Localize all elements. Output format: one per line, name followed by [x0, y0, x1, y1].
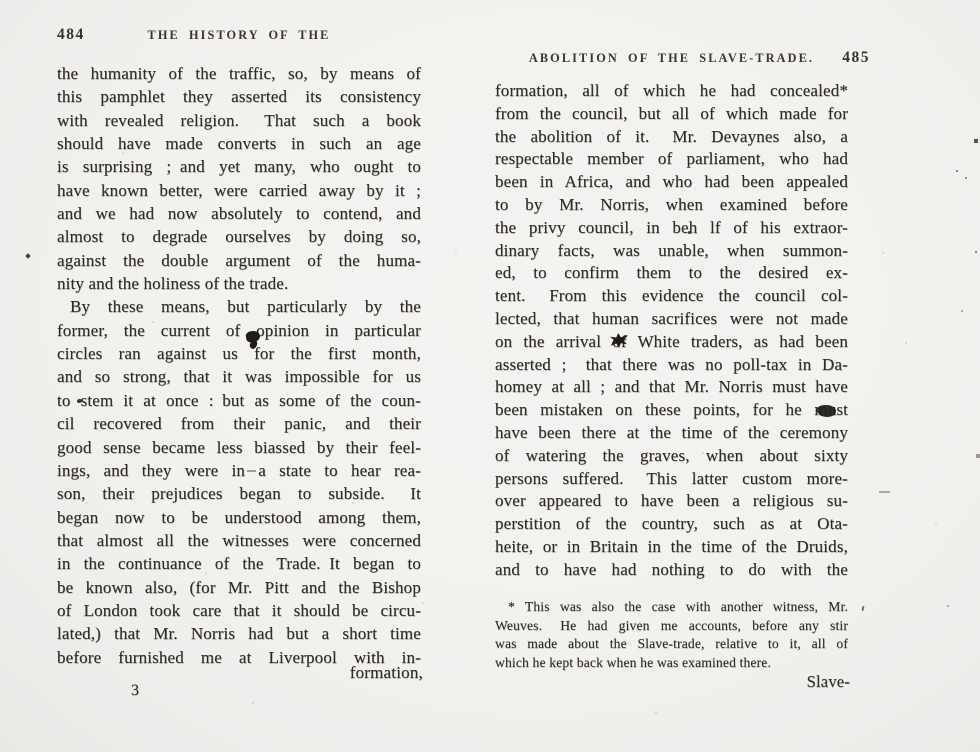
right-page-body-text: formation, all of which he had concealed… [495, 80, 848, 582]
text-line: respectable member of parliament, who ha… [495, 148, 848, 171]
text-line: Weuves. He had given me accounts, before… [495, 617, 848, 636]
ink-speck [862, 606, 865, 611]
text-line: the humanity of the traffic, so, by mean… [57, 62, 421, 85]
text-line: * This was also the case with another wi… [495, 598, 848, 617]
text-line: have known better, were carried away by … [57, 179, 421, 202]
text-line: lated,) that Mr. Norris had but a short … [57, 622, 421, 645]
text-line: and to have had nothing to do with the [495, 559, 848, 582]
right-running-title: ABOLITION OF THE SLAVE-TRADE. [529, 51, 814, 66]
stray-mark [879, 491, 890, 493]
text-line: be known also, (for Mr. Pitt and the Bis… [57, 576, 421, 599]
text-line: almost to degrade ourselves by doing so, [57, 225, 421, 248]
left-running-title: THE HISTORY OF THE [148, 28, 331, 43]
ink-blot [817, 405, 836, 417]
text-line: began now to be understood among them, [57, 506, 421, 529]
book-scan: 484 THE HISTORY OF THE the humanity of t… [0, 0, 980, 752]
signature-mark: 3 [131, 682, 139, 700]
text-line: against the double argument of the huma- [57, 249, 421, 272]
text-line: with revealed religion. That such a book [57, 109, 421, 132]
footnote: * This was also the case with another wi… [495, 598, 848, 672]
text-line: from the council, but all of which made … [495, 103, 848, 126]
text-line: tent. From this evidence the council col… [495, 285, 848, 308]
left-page-catchword: formation, [350, 663, 423, 683]
left-page-body-text: the humanity of the traffic, so, by mean… [57, 62, 421, 669]
right-page-number: 485 [842, 49, 870, 67]
text-line: that almost all the witnesses were conce… [57, 529, 421, 552]
text-line: and so strong, that it was impossible fo… [57, 365, 421, 388]
text-line: ings, and they were in a state to hear r… [57, 459, 421, 482]
text-line: perstition of the country, such as at Ot… [495, 513, 848, 536]
text-line: cil recovered from their panic, and thei… [57, 412, 421, 435]
right-page-catchword: Slave- [807, 672, 850, 692]
text-line: homey at all ; and that Mr. Norris must … [495, 376, 848, 399]
text-line: son, their prejudices began to subside. … [57, 482, 421, 505]
text-line: of watering the graves, when about sixty [495, 445, 848, 468]
left-page-header: 484 THE HISTORY OF THE [57, 26, 421, 44]
text-line: been in Africa, and who had been appeale… [495, 171, 848, 194]
text-line: of London took care that it should be ci… [57, 599, 421, 622]
text-line: asserted ; that there was no poll-tax in… [495, 354, 848, 377]
text-line: have been there at the time of the cerem… [495, 422, 848, 445]
text-line: lected, that human sacrifices were not m… [495, 308, 848, 331]
text-line: should have made converts in such an age [57, 132, 421, 155]
margin-mark [25, 253, 31, 259]
text-line: was made about the Slave-trade, relative… [495, 635, 848, 654]
text-line: the privy council, in beh lf of his extr… [495, 217, 848, 240]
text-line: to stem it at once : but as some of the … [57, 389, 421, 412]
text-line: is surprising ; and yet many, who ought … [57, 155, 421, 178]
right-page-header: ABOLITION OF THE SLAVE-TRADE. 485 [495, 49, 848, 67]
left-page: 484 THE HISTORY OF THE the humanity of t… [57, 0, 421, 752]
text-line: circles ran against us for the first mon… [57, 342, 421, 365]
text-line: By these means, but particularly by the [57, 295, 421, 318]
text-line: dinary facts, was unable, when summon- [495, 240, 848, 263]
text-line: on the arrival of White traders, as had … [495, 331, 848, 354]
text-line: good sense became less biassed by their … [57, 436, 421, 459]
text-line: been mistaken on these points, for he mu… [495, 399, 848, 422]
text-line: which he kept back when he was examined … [495, 654, 848, 673]
text-line: and we had now absolutely to contend, an… [57, 202, 421, 225]
ink-speck [688, 231, 691, 234]
scan-edge-marks [0, 0, 2, 2]
text-line: heite, or in Britain in the time of the … [495, 536, 848, 559]
right-page: ABOLITION OF THE SLAVE-TRADE. 485 format… [495, 0, 848, 752]
stray-mark [247, 470, 256, 472]
text-line: formation, all of which he had concealed… [495, 80, 848, 103]
text-line: ed, to confirm them to the desired ex- [495, 262, 848, 285]
text-line: over appeared to have been a religious s… [495, 490, 848, 513]
left-page-number: 484 [57, 26, 85, 44]
text-line: to by Mr. Norris, when examined before [495, 194, 848, 217]
text-line: nity and the holiness of the trade. [57, 272, 421, 295]
text-line: the abolition of it. Mr. Devaynes also, … [495, 126, 848, 149]
text-line: persons suffered. This latter custom mor… [495, 468, 848, 491]
text-line: this pamphlet they asserted its consiste… [57, 85, 421, 108]
text-line: former, the current of opinion in partic… [57, 319, 421, 342]
text-line: in the continuance of the Trade. It bega… [57, 552, 421, 575]
